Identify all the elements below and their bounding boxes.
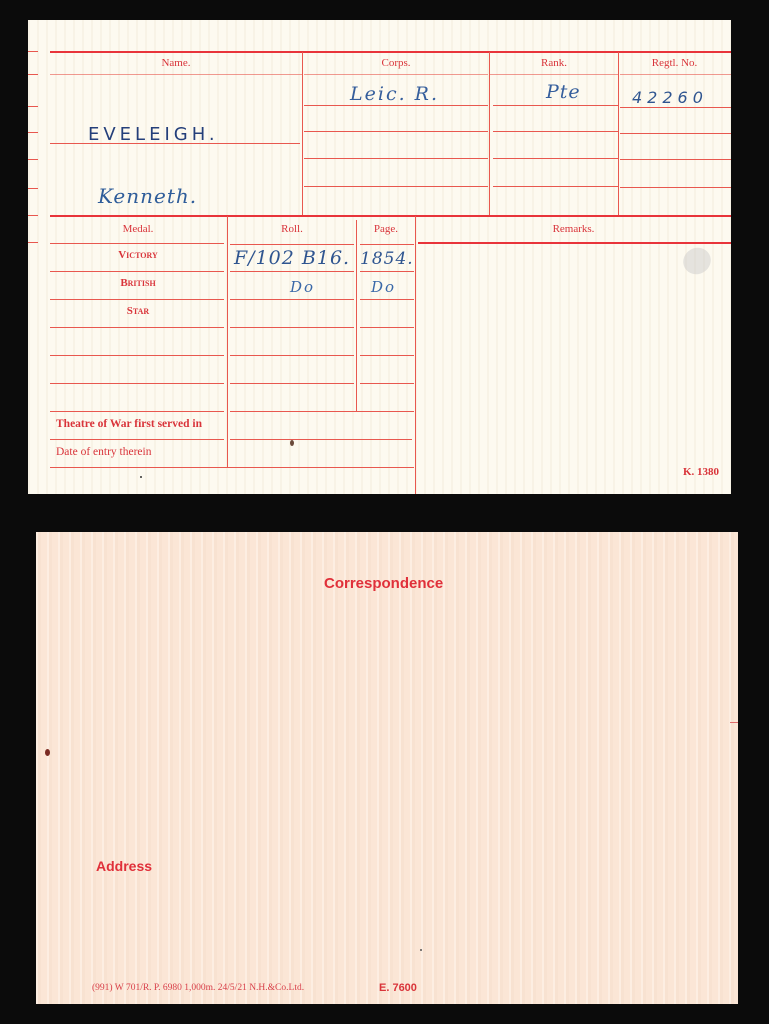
column-divider <box>302 52 303 215</box>
rule <box>304 158 488 159</box>
rule <box>304 186 488 187</box>
surname-entry: EVELEIGH. <box>88 124 219 145</box>
medal-british: British <box>50 277 226 289</box>
margin-tick <box>28 215 38 216</box>
british-roll-entry: Do <box>290 278 315 296</box>
rule <box>230 271 354 272</box>
roll-header: Roll. <box>228 223 356 235</box>
rule <box>360 244 414 245</box>
rule <box>50 411 224 412</box>
rule <box>493 131 618 132</box>
rule <box>360 383 414 384</box>
margin-tick <box>730 722 738 723</box>
rule <box>418 242 731 244</box>
rank-entry: Pte <box>546 81 581 103</box>
rule <box>620 159 731 160</box>
printer-imprint: (991) W 701/R. P. 6980 1,000m. 24/5/21 N… <box>92 983 304 993</box>
rule <box>360 327 414 328</box>
rule <box>360 299 414 300</box>
rule <box>304 131 488 132</box>
british-page-entry: Do <box>371 278 396 296</box>
paper-mark <box>420 949 422 951</box>
margin-tick <box>28 188 38 189</box>
column-divider <box>415 216 416 494</box>
paper-stain <box>678 243 715 280</box>
rule <box>50 383 224 384</box>
rule <box>360 271 414 272</box>
rule <box>230 327 354 328</box>
rule <box>493 186 618 187</box>
medal-index-card-front: Name. Corps. Rank. Regtl. No. EVELEIGH. … <box>28 20 731 494</box>
rule <box>493 105 618 106</box>
margin-tick <box>28 242 38 243</box>
margin-tick <box>28 106 38 107</box>
rule <box>490 74 618 75</box>
rule <box>50 271 224 272</box>
rule <box>304 105 488 106</box>
rule <box>620 74 731 75</box>
rule <box>304 74 488 75</box>
medal-section-rule <box>50 215 731 217</box>
back-form-code: E. 7600 <box>379 982 417 994</box>
regtl-no-entry: 42260 <box>632 88 708 107</box>
rule <box>50 74 302 75</box>
correspondence-label: Correspondence <box>324 575 443 592</box>
name-header: Name. <box>50 57 302 69</box>
column-divider <box>489 52 490 215</box>
corps-header: Corps. <box>304 57 488 69</box>
column-divider <box>356 220 357 412</box>
rule <box>620 107 731 108</box>
margin-tick <box>28 132 38 133</box>
rule <box>230 383 354 384</box>
rule <box>230 299 354 300</box>
medal-victory: Victory <box>50 249 226 261</box>
rank-header: Rank. <box>490 57 618 69</box>
rule <box>360 355 414 356</box>
page-header: Page. <box>357 223 415 235</box>
corps-entry: Leic. R. <box>350 83 439 105</box>
rule <box>230 439 412 440</box>
front-form-code: K. 1380 <box>683 466 719 478</box>
rule <box>50 439 224 440</box>
forename-entry: Kenneth. <box>98 184 197 208</box>
paper-mark <box>290 440 294 446</box>
paper-mark <box>45 749 50 756</box>
victory-roll-entry: F/102 B16. <box>234 247 350 269</box>
medal-header: Medal. <box>50 223 226 235</box>
rule <box>230 244 354 245</box>
address-label: Address <box>96 858 152 874</box>
rule <box>50 327 224 328</box>
theatre-of-war-label: Theatre of War first served in <box>56 418 202 430</box>
top-rule <box>50 51 731 53</box>
rule <box>620 133 731 134</box>
margin-tick <box>28 74 38 75</box>
medal-star: Star <box>50 305 226 317</box>
margin-tick <box>28 159 38 160</box>
rule <box>50 299 224 300</box>
date-of-entry-label: Date of entry therein <box>56 446 151 458</box>
column-divider <box>227 216 228 468</box>
medal-index-card-back: Correspondence Address (991) W 701/R. P.… <box>36 532 738 1004</box>
rule <box>230 411 414 412</box>
rule <box>230 355 354 356</box>
regtl-no-header: Regtl. No. <box>618 57 731 69</box>
paper-mark <box>140 476 142 478</box>
rule <box>50 355 224 356</box>
rule <box>50 467 414 468</box>
remarks-header: Remarks. <box>416 223 731 235</box>
victory-page-entry: 1854. <box>360 249 414 269</box>
margin-tick <box>28 51 38 52</box>
rule <box>50 243 224 244</box>
rule <box>620 187 731 188</box>
column-divider <box>618 52 619 215</box>
rule <box>493 158 618 159</box>
